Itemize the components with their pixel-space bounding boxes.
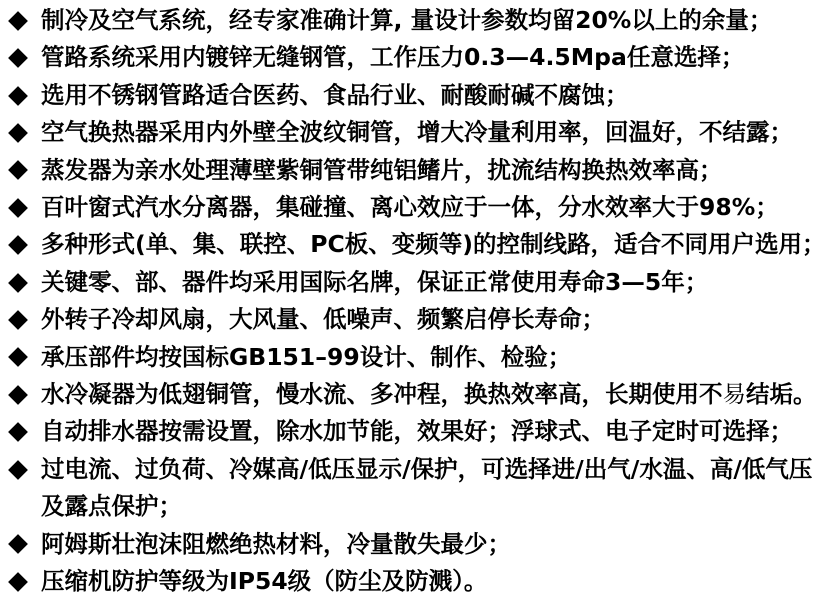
list-item: 制冷及空气系统，经专家准确计算, 量设计参数均留20%以上的余量； (8, 2, 823, 39)
diamond-bullet-icon (8, 114, 28, 151)
list-item-text: 管路系统采用内镀锌无缝钢管，工作压力0.3—4.5Mpa任意选择； (41, 39, 744, 76)
list-item-text: 水冷凝器为低翅铜管，慢水流、多冲程，换热效率高，长期使用不易结垢。 (41, 376, 817, 413)
diamond-shape (8, 422, 28, 442)
list-item-text: 承压部件均按国标GB151–99设计、制作、检验； (41, 339, 571, 376)
text-segment: 结垢。 (746, 380, 817, 408)
list-item-text: 自动排水器按需设置，除水加节能，效果好；浮球式、电子定时可选择； (41, 413, 793, 450)
diamond-bullet-icon (8, 189, 28, 226)
list-item-text: 过电流、过负荷、冷媒高/低压显示/保护，可选择进/出气/水温、高/低气压 及露点… (41, 451, 812, 526)
diamond-shape (8, 310, 28, 330)
list-item-text: 阿姆斯壮泡沫阻燃绝热材料，冷量散失最少； (41, 526, 511, 563)
diamond-bullet-icon (8, 413, 28, 450)
list-item: 蒸发器为亲水处理薄壁紫铜管带纯铝鳍片，扰流结构换热效率高； (8, 152, 823, 189)
diamond-bullet-icon (8, 264, 28, 301)
diamond-bullet-icon (8, 451, 28, 488)
list-item-text: 空气换热器采用内外壁全波纹铜管，增大冷量利用率，回温好，不结露； (41, 114, 793, 151)
text-line-1: 过电流、过负荷、冷媒高/低压显示/保护，可选择进/出气/水温、高/低气压 (41, 451, 812, 488)
diamond-bullet-icon (8, 526, 28, 563)
text-segment-light: 易 (723, 380, 747, 408)
diamond-shape (8, 534, 28, 554)
list-item: 空气换热器采用内外壁全波纹铜管，增大冷量利用率，回温好，不结露； (8, 114, 823, 151)
diamond-bullet-icon (8, 152, 28, 189)
list-item-text: 制冷及空气系统，经专家准确计算, 量设计参数均留20%以上的余量； (41, 2, 772, 39)
feature-bullet-list: 制冷及空气系统，经专家准确计算, 量设计参数均留20%以上的余量； 管路系统采用… (0, 0, 823, 601)
diamond-shape (8, 235, 28, 255)
diamond-shape (8, 198, 28, 218)
list-item: 压缩机防护等级为IP54级（防尘及防溅）。 (8, 563, 823, 600)
diamond-shape (8, 160, 28, 180)
diamond-bullet-icon (8, 226, 28, 263)
diamond-shape (8, 572, 28, 592)
diamond-bullet-icon (8, 39, 28, 76)
list-item: 阿姆斯壮泡沫阻燃绝热材料，冷量散失最少； (8, 526, 823, 563)
list-item: 管路系统采用内镀锌无缝钢管，工作压力0.3—4.5Mpa任意选择； (8, 39, 823, 76)
diamond-shape (8, 11, 28, 31)
diamond-bullet-icon (8, 77, 28, 114)
diamond-shape (8, 385, 28, 405)
list-item-text: 蒸发器为亲水处理薄壁紫铜管带纯铝鳍片，扰流结构换热效率高； (41, 152, 723, 189)
list-item-text: 关键零、部、器件均采用国际名牌，保证正常使用寿命3—5年； (41, 264, 708, 301)
list-item: 关键零、部、器件均采用国际名牌，保证正常使用寿命3—5年； (8, 264, 823, 301)
list-item: 选用不锈钢管路适合医药、食品行业、耐酸耐碱不腐蚀； (8, 77, 823, 114)
diamond-shape (8, 273, 28, 293)
list-item: 水冷凝器为低翅铜管，慢水流、多冲程，换热效率高，长期使用不易结垢。 (8, 376, 823, 413)
diamond-bullet-icon (8, 376, 28, 413)
text-segment: 水冷凝器为低翅铜管，慢水流、多冲程，换热效率高，长期使用不 (41, 380, 723, 408)
diamond-shape (8, 86, 28, 106)
diamond-bullet-icon (8, 563, 28, 600)
diamond-shape (8, 460, 28, 480)
diamond-shape (8, 123, 28, 143)
list-item-text: 多种形式(单、集、联控、PC板、变频等)的控制线路，适合不同用户选用； (41, 226, 823, 263)
diamond-shape (8, 347, 28, 367)
list-item: 自动排水器按需设置，除水加节能，效果好；浮球式、电子定时可选择； (8, 413, 823, 450)
list-item: 承压部件均按国标GB151–99设计、制作、检验； (8, 339, 823, 376)
text-line-2-continuation: 及露点保护； (41, 488, 812, 525)
list-item-text: 外转子冷却风扇，大风量、低噪声、频繁启停长寿命； (41, 301, 605, 338)
diamond-shape (8, 48, 28, 68)
list-item-text: 压缩机防护等级为IP54级（防尘及防溅）。 (41, 563, 487, 600)
diamond-bullet-icon (8, 2, 28, 39)
list-item: 百叶窗式汽水分离器，集碰撞、离心效应于一体，分水效率大于98%； (8, 189, 823, 226)
diamond-bullet-icon (8, 301, 28, 338)
list-item: 外转子冷却风扇，大风量、低噪声、频繁启停长寿命； (8, 301, 823, 338)
list-item-text: 百叶窗式汽水分离器，集碰撞、离心效应于一体，分水效率大于98%； (41, 189, 779, 226)
diamond-bullet-icon (8, 339, 28, 376)
list-item-text: 选用不锈钢管路适合医药、食品行业、耐酸耐碱不腐蚀； (41, 77, 629, 114)
list-item: 过电流、过负荷、冷媒高/低压显示/保护，可选择进/出气/水温、高/低气压 及露点… (8, 451, 823, 526)
list-item: 多种形式(单、集、联控、PC板、变频等)的控制线路，适合不同用户选用； (8, 226, 823, 263)
